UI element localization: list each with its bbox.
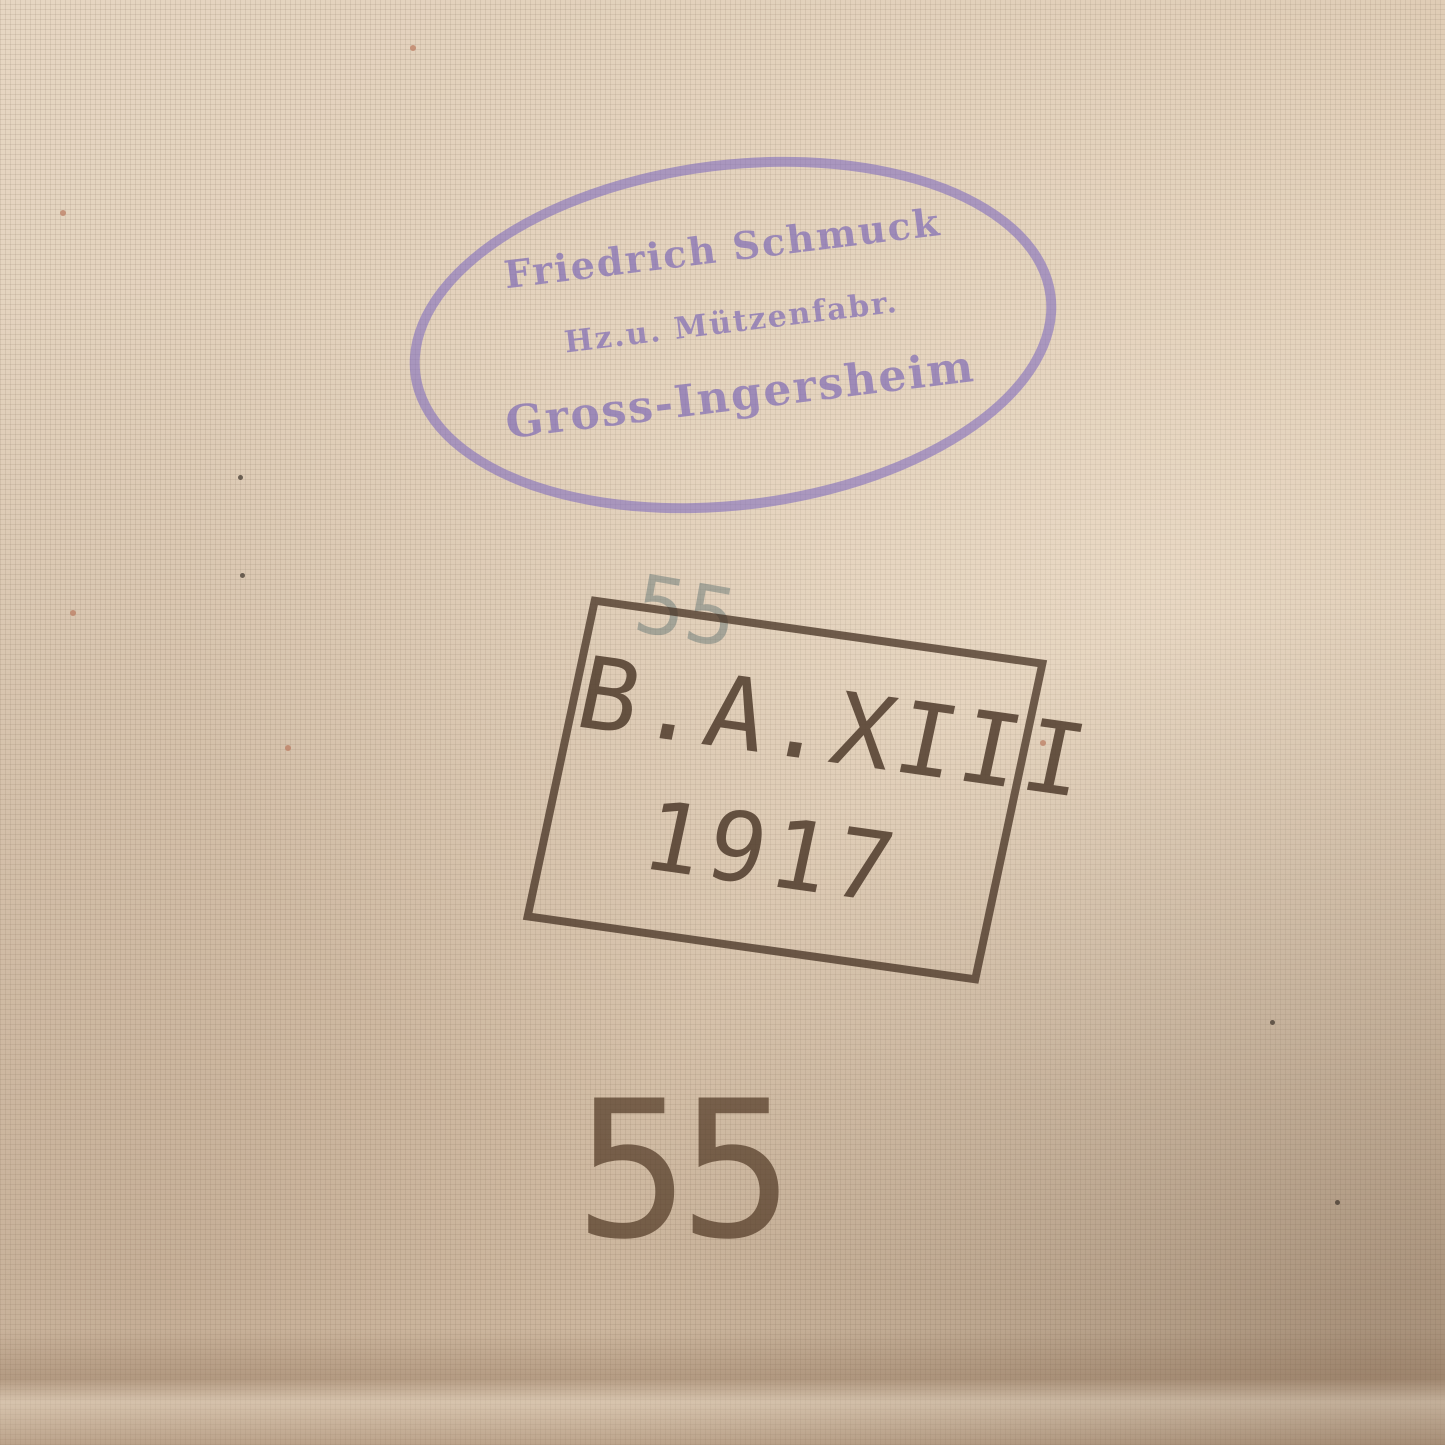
dirt-speck bbox=[1270, 1020, 1275, 1025]
depot-rect-stamp: B.A.XIII 1917 bbox=[523, 596, 1047, 984]
stain-speck bbox=[410, 45, 416, 51]
fabric-fold bbox=[0, 1330, 1445, 1445]
dirt-speck bbox=[238, 475, 243, 480]
stain-speck bbox=[60, 210, 66, 216]
dirt-speck bbox=[240, 573, 245, 578]
dirt-speck bbox=[1335, 1200, 1340, 1205]
stain-speck bbox=[70, 610, 76, 616]
stain-speck bbox=[285, 745, 291, 751]
size-mark: 55 bbox=[575, 1060, 784, 1281]
